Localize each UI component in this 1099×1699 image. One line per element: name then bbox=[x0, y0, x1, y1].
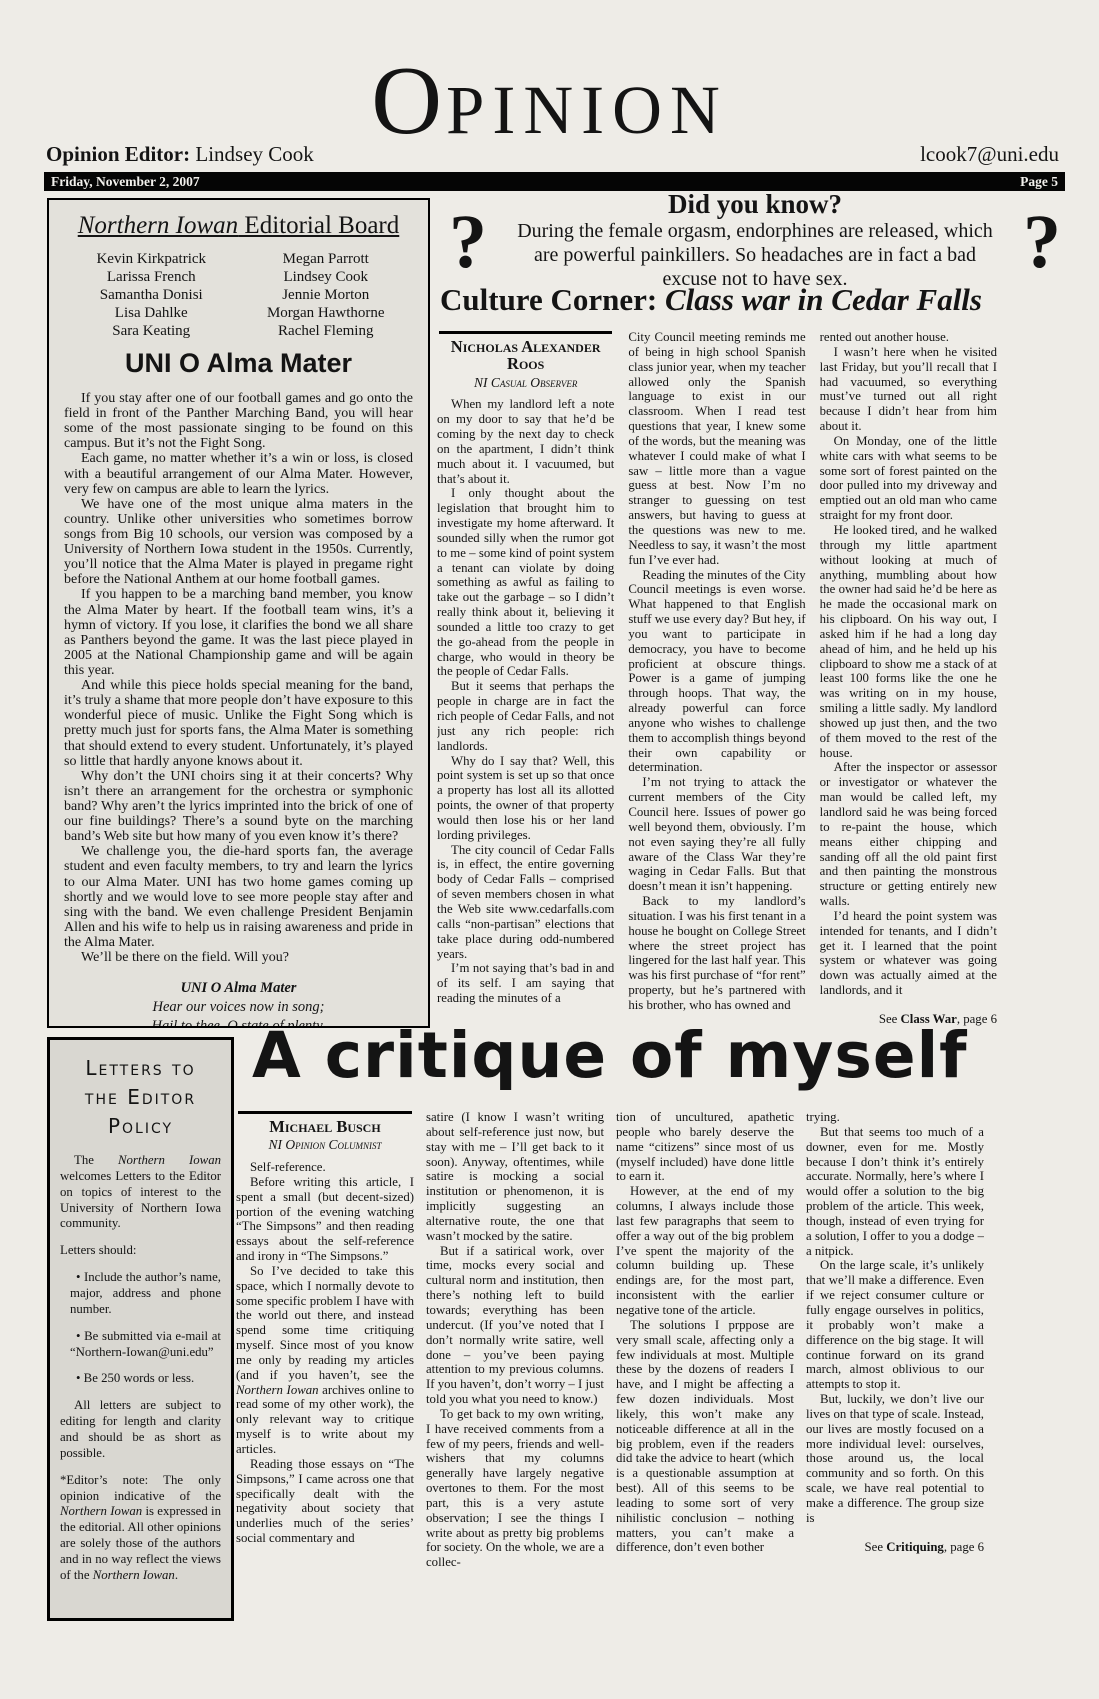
paragraph: Lisa Dahlke bbox=[64, 304, 239, 322]
headline-kicker: Culture Corner: bbox=[440, 282, 657, 317]
letters-policy-title: Letters tothe EditorPolicy bbox=[60, 1054, 221, 1141]
paragraph: Why don’t the UNI choirs sing it at thei… bbox=[64, 769, 413, 845]
paragraph: The solutions I prppose are very small s… bbox=[616, 1318, 794, 1556]
paragraph: • Be submitted via e-mail at “Northern-I… bbox=[60, 1329, 221, 1361]
paragraph: But that seems too much of a downer, eve… bbox=[806, 1125, 984, 1259]
board-names-left: Kevin KirkpatrickLarissa FrenchSamantha … bbox=[64, 250, 239, 340]
issue-date: Friday, November 2, 2007 bbox=[51, 174, 200, 190]
editor-label: Opinion Editor: bbox=[46, 142, 190, 166]
paragraph: Letters to bbox=[60, 1054, 221, 1083]
paragraph: On the large scale, it’s unlikely that w… bbox=[806, 1258, 984, 1392]
culture-byline: Nicholas Alexander Roos NI Casual Observ… bbox=[437, 331, 614, 390]
paragraph: Reading the minutes of the City Council … bbox=[628, 568, 805, 776]
board-names-right: Megan ParrottLindsey CookJennie MortonMo… bbox=[239, 250, 414, 340]
paragraph: I’m not saying that’s bad in and of its … bbox=[437, 961, 614, 1006]
paragraph: We challenge you, the die-hard sports fa… bbox=[64, 844, 413, 950]
paragraph: Sara Keating bbox=[64, 322, 239, 340]
paragraph: the Editor bbox=[60, 1083, 221, 1112]
masthead-title: pinion bbox=[446, 47, 728, 155]
critique-byline: Michael Busch NI Opinion Columnist bbox=[236, 1111, 414, 1153]
editorial-headline: UNI O Alma Mater bbox=[64, 348, 413, 379]
paragraph: Self-reference. bbox=[236, 1160, 414, 1175]
paragraph: And while this piece holds special meani… bbox=[64, 678, 413, 769]
paragraph: I’m not trying to attack the current mem… bbox=[628, 775, 805, 894]
author-name: Michael Busch bbox=[236, 1118, 414, 1135]
paragraph: Lindsey Cook bbox=[239, 268, 414, 286]
paragraph: Rachel Fleming bbox=[239, 322, 414, 340]
paragraph: So I’ve decided to take this space, whic… bbox=[236, 1264, 414, 1457]
author-role: NI Opinion Columnist bbox=[236, 1137, 414, 1153]
paragraph: If you happen to be a marching band memb… bbox=[64, 587, 413, 678]
author-role: NI Casual Observer bbox=[437, 375, 614, 391]
paragraph: We’ll be there on the field. Will you? bbox=[64, 950, 413, 965]
editor-name: Lindsey Cook bbox=[195, 142, 313, 166]
paragraph: trying. bbox=[806, 1110, 984, 1125]
paragraph: *Editor’s note: The only opinion indicat… bbox=[60, 1473, 221, 1584]
critique-column-2: satire (I know I wasn’t writing about se… bbox=[426, 1110, 604, 1690]
paragraph: All letters are subject to editing for l… bbox=[60, 1398, 221, 1461]
paragraph: I’d heard the point system was intended … bbox=[820, 909, 997, 998]
paragraph: Larissa French bbox=[64, 268, 239, 286]
paragraph: The Northern Iowan welcomes Letters to t… bbox=[60, 1153, 221, 1232]
culture-corner-headline: Culture Corner: Class war in Cedar Falls bbox=[440, 284, 1064, 315]
editor-credit: Opinion Editor: Lindsey Cook bbox=[46, 142, 314, 167]
paragraph: Samantha Donisi bbox=[64, 286, 239, 304]
did-you-know-title: Did you know? bbox=[447, 190, 1063, 218]
paragraph: City Council meeting reminds me of being… bbox=[628, 330, 805, 568]
editor-email: lcook7@uni.edu bbox=[920, 142, 1059, 167]
paragraph: Each game, no matter whether it’s a win … bbox=[64, 451, 413, 496]
paragraph: See Critiquing, page 6 bbox=[806, 1540, 984, 1555]
paragraph: Before writing this article, I spent a s… bbox=[236, 1175, 414, 1264]
paragraph: We have one of the most unique alma mate… bbox=[64, 497, 413, 588]
paragraph: If you stay after one of our football ga… bbox=[64, 391, 413, 451]
date-bar: Friday, November 2, 2007 Page 5 bbox=[44, 172, 1065, 191]
page-number: Page 5 bbox=[1020, 174, 1058, 190]
paragraph: To get back to my own writing, I have re… bbox=[426, 1407, 604, 1570]
paragraph: But, luckily, we don’t live our lives on… bbox=[806, 1392, 984, 1526]
question-mark-left-icon: ? bbox=[449, 204, 487, 280]
question-mark-right-icon: ? bbox=[1023, 204, 1061, 280]
paragraph: Why do I say that? Well, this point syst… bbox=[437, 754, 614, 843]
paragraph: Jennie Morton bbox=[239, 286, 414, 304]
board-title-paper-name: Northern Iowan bbox=[78, 212, 238, 239]
byline-rule bbox=[439, 331, 612, 334]
editorial-board-names: Kevin KirkpatrickLarissa FrenchSamantha … bbox=[64, 250, 413, 340]
paragraph: Morgan Hawthorne bbox=[239, 304, 414, 322]
did-you-know-box: ? Did you know? During the female orgasm… bbox=[447, 190, 1063, 291]
paragraph: UNI O Alma Mater bbox=[64, 979, 413, 998]
paragraph: He looked tired, and he walked through m… bbox=[820, 523, 997, 761]
paragraph: On Monday, one of the little white cars … bbox=[820, 434, 997, 523]
paragraph: Policy bbox=[60, 1112, 221, 1141]
paragraph: Kevin Kirkpatrick bbox=[64, 250, 239, 268]
board-title-rest: Editorial Board bbox=[238, 212, 399, 239]
culture-article: Nicholas Alexander Roos NI Casual Observ… bbox=[437, 330, 997, 1030]
paragraph: But it seems that perhaps the people in … bbox=[437, 679, 614, 753]
culture-column-1: Nicholas Alexander Roos NI Casual Observ… bbox=[437, 330, 614, 1030]
paragraph: Back to my landlord’s situation. I was h… bbox=[628, 894, 805, 1013]
paragraph: But if a satirical work, over time, mock… bbox=[426, 1244, 604, 1407]
culture-column-1-text: When my landlord left a note on my door … bbox=[437, 397, 614, 1006]
paragraph: Letters should: bbox=[60, 1243, 221, 1259]
paragraph: rented out another house. bbox=[820, 330, 997, 345]
masthead-initial: O bbox=[371, 47, 446, 155]
editorial-body: If you stay after one of our football ga… bbox=[64, 391, 413, 965]
critique-column-4: trying.But that seems too much of a down… bbox=[806, 1110, 984, 1690]
letters-policy-box: Letters tothe EditorPolicy The Northern … bbox=[47, 1037, 234, 1621]
paragraph: Megan Parrott bbox=[239, 250, 414, 268]
paragraph: I wasn’t here when he visited last Frida… bbox=[820, 345, 997, 434]
editor-row: Opinion Editor: Lindsey Cook lcook7@uni.… bbox=[46, 142, 1059, 167]
paragraph: The city council of Cedar Falls is, in e… bbox=[437, 843, 614, 962]
culture-column-2: City Council meeting reminds me of being… bbox=[628, 330, 805, 1030]
paragraph: Hear our voices now in song; bbox=[64, 998, 413, 1017]
byline-rule bbox=[238, 1111, 412, 1114]
editorial-board-title: Northern Iowan Editorial Board bbox=[64, 212, 413, 240]
paragraph: I only thought about the legislation tha… bbox=[437, 486, 614, 679]
critique-column-3: tion of uncultured, apathetic people who… bbox=[616, 1110, 794, 1690]
newspaper-page: Opinion Opinion Editor: Lindsey Cook lco… bbox=[0, 0, 1099, 1699]
critique-column-1: Michael Busch NI Opinion Columnist Self-… bbox=[236, 1110, 414, 1690]
paragraph: However, at the end of my columns, I alw… bbox=[616, 1184, 794, 1318]
author-name: Nicholas Alexander Roos bbox=[437, 338, 614, 373]
critique-column-1-text: Self-reference.Before writing this artic… bbox=[236, 1160, 414, 1546]
culture-column-3: rented out another house.I wasn’t here w… bbox=[820, 330, 997, 1030]
paragraph: tion of uncultured, apathetic people who… bbox=[616, 1110, 794, 1184]
paragraph: When my landlord left a note on my door … bbox=[437, 397, 614, 486]
letters-policy-body: The Northern Iowan welcomes Letters to t… bbox=[60, 1153, 221, 1584]
did-you-know-text: During the female orgasm, endorphines ar… bbox=[447, 218, 1063, 291]
critique-headline: A critique of myself bbox=[252, 1024, 1064, 1087]
paragraph: Reading those essays on “The Simpsons,” … bbox=[236, 1457, 414, 1546]
paragraph: After the inspector or assessor or inves… bbox=[820, 760, 997, 908]
section-masthead: Opinion bbox=[0, 52, 1099, 150]
paragraph: • Include the author’s name, major, addr… bbox=[60, 1270, 221, 1318]
editorial-board-box: Northern Iowan Editorial Board Kevin Kir… bbox=[47, 198, 430, 1028]
paragraph: satire (I know I wasn’t writing about se… bbox=[426, 1110, 604, 1244]
critique-article: Michael Busch NI Opinion Columnist Self-… bbox=[236, 1110, 984, 1690]
paragraph: • Be 250 words or less. bbox=[60, 1371, 221, 1387]
headline-title: Class war in Cedar Falls bbox=[657, 282, 982, 317]
